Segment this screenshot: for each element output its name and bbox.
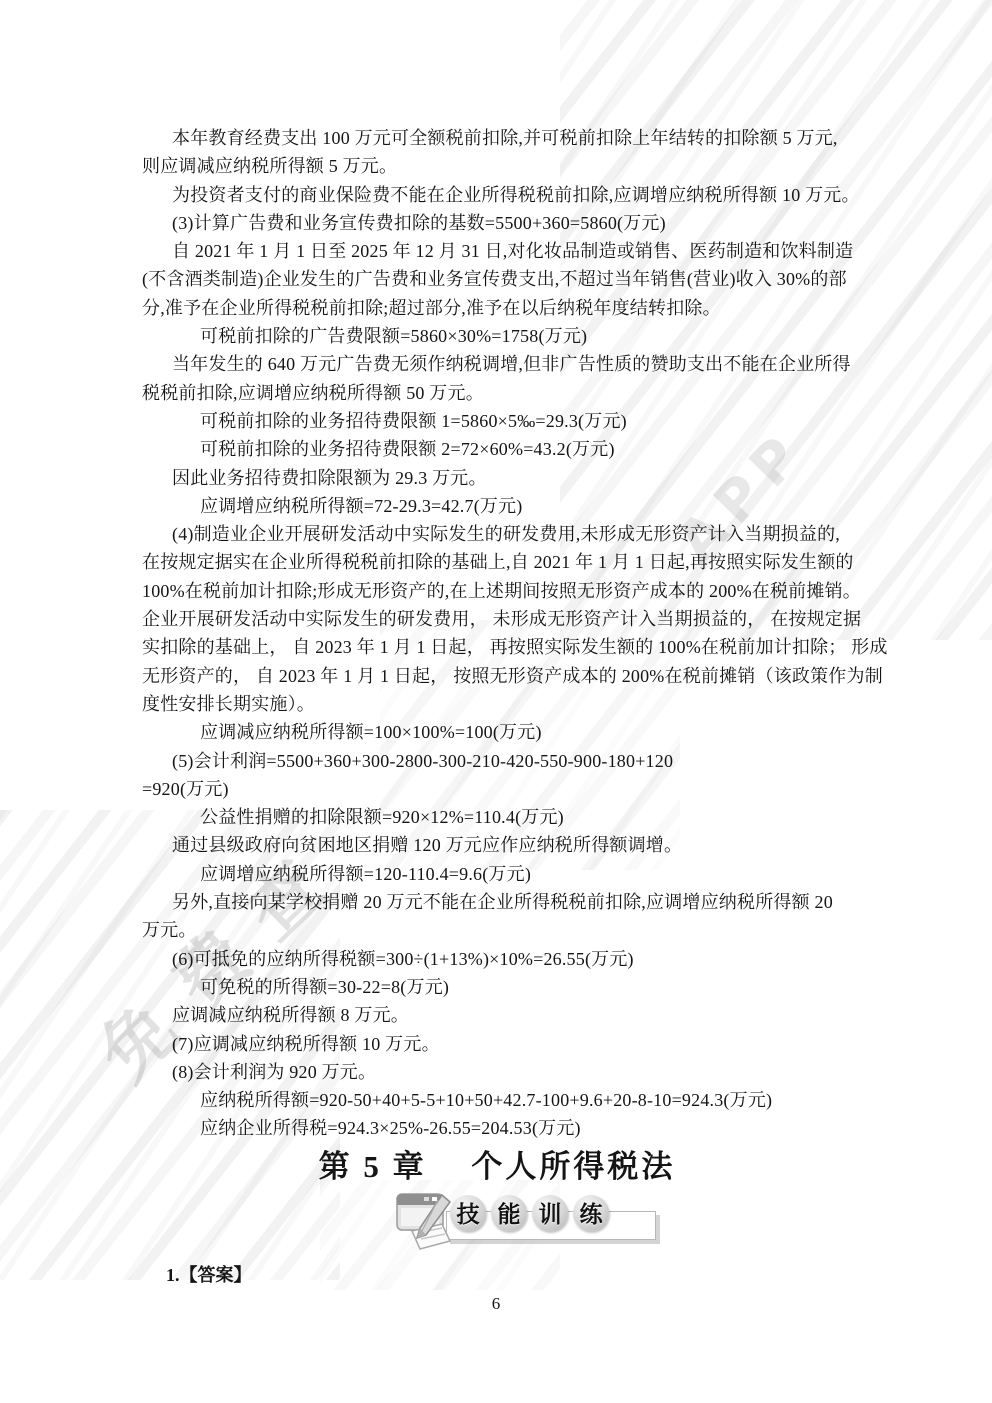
- body-text: 本年教育经费支出 100 万元可全额税前扣除,并可税前扣除上年结转的扣除额 5 …: [142, 124, 852, 1143]
- body-line: 通过县级政府向贫困地区捐赠 120 万元应作应纳税所得额调增。: [142, 831, 852, 859]
- badge-char: 技: [450, 1195, 486, 1231]
- document-page: 免费查 APP 本年教育经费支出 100 万元可全额税前扣除,并可税前扣除上年结…: [0, 0, 992, 1403]
- body-line: 应纳税所得额=920-50+40+5-5+10+50+42.7-100+9.6+…: [142, 1086, 852, 1114]
- body-line: (6)可抵免的应纳所得税额=300÷(1+13%)×10%=26.55(万元): [142, 945, 852, 973]
- page-number: 6: [0, 1294, 992, 1314]
- body-line: 实扣除的基础上， 自 2023 年 1 月 1 日起， 再按照实际发生额的 10…: [142, 633, 852, 661]
- body-line: 万元。: [142, 916, 852, 944]
- badge-char: 能: [491, 1195, 527, 1231]
- badge-label: 技能训练: [450, 1195, 609, 1231]
- body-line: 则应调减应纳税所得额 5 万元。: [142, 152, 852, 180]
- body-line: 应调减应纳税所得额=100×100%=100(万元): [142, 718, 852, 746]
- body-line: 当年发生的 640 万元广告费无须作纳税调增,但非广告性质的赞助支出不能在企业所…: [142, 350, 852, 378]
- body-line: 应调增应纳税所得额=72-29.3=42.7(万元): [142, 492, 852, 520]
- body-line: 应纳企业所得税=924.3×25%-26.55=204.53(万元): [142, 1114, 852, 1142]
- body-line: 在按规定据实在企业所得税税前扣除的基础上,自 2021 年 1 月 1 日起,再…: [142, 548, 852, 576]
- body-line: (8)会计利润为 920 万元。: [142, 1058, 852, 1086]
- chapter-heading: 第 5 章 个人所得税法: [142, 1147, 852, 1187]
- body-line: 税税前扣除,应调增应纳税所得额 50 万元。: [142, 379, 852, 407]
- body-line: 度性安排长期实施）。: [142, 690, 852, 718]
- body-line: 为投资者支付的商业保险费不能在企业所得税税前扣除,应调增应纳税所得额 10 万元…: [142, 181, 852, 209]
- body-line: (5)会计利润=5500+360+300-2800-300-210-420-55…: [142, 747, 852, 775]
- body-line: 因此业务招待费扣除限额为 29.3 万元。: [142, 464, 852, 492]
- body-line: 可税前扣除的广告费限额=5860×30%=1758(万元): [142, 322, 852, 350]
- body-line: 应调减应纳税所得额 8 万元。: [142, 1001, 852, 1029]
- badge-char: 练: [573, 1195, 609, 1231]
- body-line: 分,准予在企业所得税税前扣除;超过部分,准予在以后纳税年度结转扣除。: [142, 294, 852, 322]
- body-line: (不含酒类制造)企业发生的广告费和业务宣传费支出,不超过当年销售(营业)收入 3…: [142, 265, 852, 293]
- body-line: (4)制造业企业开展研发活动中实际发生的研发费用,未形成无形资产计入当期损益的,: [142, 520, 852, 548]
- badge-char: 训: [532, 1195, 568, 1231]
- body-line: 公益性捐赠的扣除限额=920×12%=110.4(万元): [142, 803, 852, 831]
- body-line: 另外,直接向某学校捐赠 20 万元不能在企业所得税税前扣除,应调增应纳税所得额 …: [142, 888, 852, 916]
- body-line: (7)应调减应纳税所得额 10 万元。: [142, 1030, 852, 1058]
- body-line: 可税前扣除的业务招待费限额 2=72×60%=43.2(万元): [142, 435, 852, 463]
- body-line: 可税前扣除的业务招待费限额 1=5860×5‰=29.3(万元): [142, 407, 852, 435]
- body-line: 企业开展研发活动中实际发生的研发费用， 未形成无形资产计入当期损益的， 在按规定…: [142, 605, 852, 633]
- body-line: 应调增应纳税所得额=120-110.4=9.6(万元): [142, 860, 852, 888]
- body-line: =920(万元): [142, 775, 852, 803]
- answer-label: 1.【答案】: [142, 1261, 852, 1289]
- body-line: 本年教育经费支出 100 万元可全额税前扣除,并可税前扣除上年结转的扣除额 5 …: [142, 124, 852, 152]
- body-line: 自 2021 年 1 月 1 日至 2025 年 12 月 31 日,对化妆品制…: [142, 237, 852, 265]
- body-line: 可免税的所得额=30-22=8(万元): [142, 973, 852, 1001]
- page-content: 本年教育经费支出 100 万元可全额税前扣除,并可税前扣除上年结转的扣除额 5 …: [142, 124, 852, 1289]
- body-line: (3)计算广告费和业务宣传费扣除的基数=5500+360=5860(万元): [142, 209, 852, 237]
- skills-training-badge: 技能训练: [394, 1191, 660, 1253]
- body-line: 100%在税前加计扣除;形成无形资产的,在上述期间按照无形资产成本的 200%在…: [142, 577, 852, 605]
- body-line: 无形资产的， 自 2023 年 1 月 1 日起， 按照无形资产成本的 200%…: [142, 662, 852, 690]
